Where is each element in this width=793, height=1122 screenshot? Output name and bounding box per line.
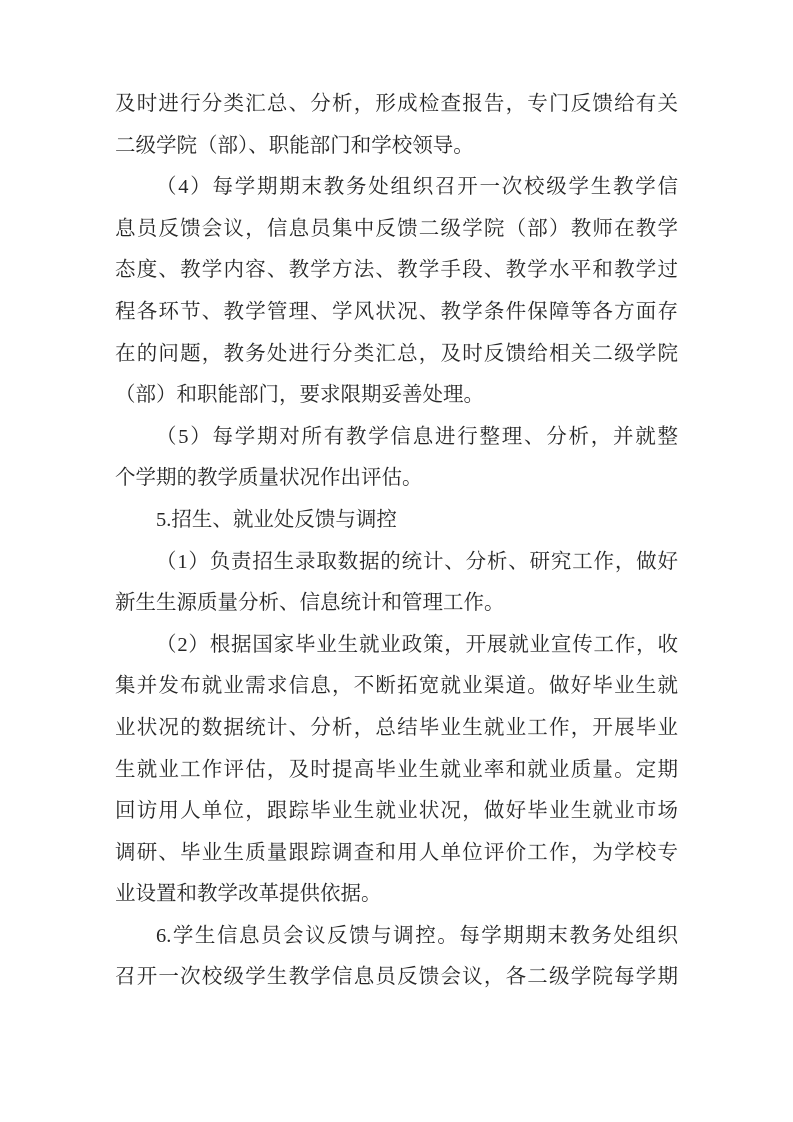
text-line: （2）根据国家毕业生就业政策，开展就业宣传工作，收 (115, 625, 678, 667)
text-line: 召开一次校级学生教学信息员反馈会议，各二级学院每学期 (115, 957, 678, 999)
text-line: 二级学院（部）、职能部门和学校领导。 (115, 126, 678, 168)
text-line: （部）和职能部门，要求限期妥善处理。 (115, 375, 678, 417)
text-line: 5.招生、就业处反馈与调控 (115, 500, 678, 542)
paragraph: （5）每学期对所有教学信息进行整理、分析，并就整个学期的教学质量状况作出评估。 (115, 417, 678, 500)
text-line: （1）负责招生录取数据的统计、分析、研究工作，做好 (115, 542, 678, 584)
text-line: 及时进行分类汇总、分析，形成检查报告，专门反馈给有关 (115, 84, 678, 126)
text-line: 回访用人单位，跟踪毕业生就业状况，做好毕业生就业市场 (115, 791, 678, 833)
text-line: 业状况的数据统计、分析，总结毕业生就业工作，开展毕业 (115, 708, 678, 750)
text-line: （5）每学期对所有教学信息进行整理、分析，并就整 (115, 417, 678, 459)
text-line: 新生生源质量分析、信息统计和管理工作。 (115, 583, 678, 625)
text-line: 业设置和教学改革提供依据。 (115, 874, 678, 916)
text-line: 在的问题，教务处进行分类汇总，及时反馈给相关二级学院 (115, 334, 678, 376)
document-page: 及时进行分类汇总、分析，形成检查报告，专门反馈给有关二级学院（部）、职能部门和学… (0, 0, 793, 1122)
document-body: 及时进行分类汇总、分析，形成检查报告，专门反馈给有关二级学院（部）、职能部门和学… (115, 84, 678, 999)
text-line: 生就业工作评估，及时提高毕业生就业率和就业质量。定期 (115, 750, 678, 792)
text-line: 6.学生信息员会议反馈与调控。每学期期末教务处组织 (115, 916, 678, 958)
paragraph: （4）每学期期末教务处组织召开一次校级学生教学信息员反馈会议，信息员集中反馈二级… (115, 167, 678, 417)
text-line: 息员反馈会议，信息员集中反馈二级学院（部）教师在教学 (115, 209, 678, 251)
text-line: 集并发布就业需求信息，不断拓宽就业渠道。做好毕业生就 (115, 666, 678, 708)
paragraph: （2）根据国家毕业生就业政策，开展就业宣传工作，收集并发布就业需求信息，不断拓宽… (115, 625, 678, 916)
paragraph: 6.学生信息员会议反馈与调控。每学期期末教务处组织召开一次校级学生教学信息员反馈… (115, 916, 678, 999)
paragraph: 及时进行分类汇总、分析，形成检查报告，专门反馈给有关二级学院（部）、职能部门和学… (115, 84, 678, 167)
paragraph: （1）负责招生录取数据的统计、分析、研究工作，做好新生生源质量分析、信息统计和管… (115, 542, 678, 625)
text-line: 程各环节、教学管理、学风状况、教学条件保障等各方面存 (115, 292, 678, 334)
text-line: 态度、教学内容、教学方法、教学手段、教学水平和教学过 (115, 250, 678, 292)
text-line: （4）每学期期末教务处组织召开一次校级学生教学信 (115, 167, 678, 209)
text-line: 个学期的教学质量状况作出评估。 (115, 458, 678, 500)
text-line: 调研、毕业生质量跟踪调查和用人单位评价工作，为学校专 (115, 833, 678, 875)
paragraph: 5.招生、就业处反馈与调控 (115, 500, 678, 542)
